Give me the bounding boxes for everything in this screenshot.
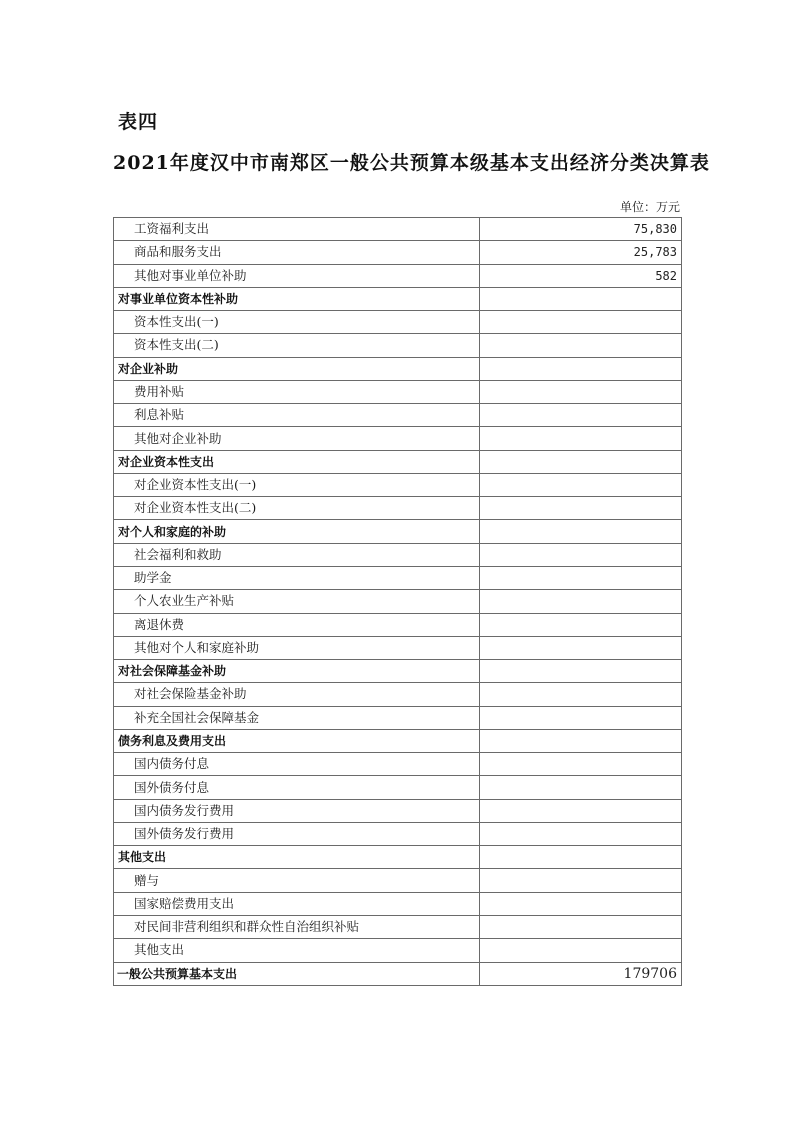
row-label: 对事业单位资本性补助 [114,287,480,310]
row-value [480,450,682,473]
category-row: 对企业资本性支出 [114,450,682,473]
row-value [480,334,682,357]
row-label: 国内债务付息 [114,753,480,776]
table-row: 社会福利和救助 [114,543,682,566]
table-row: 资本性支出(一) [114,311,682,334]
row-label: 其他支出 [114,939,480,962]
row-value [480,380,682,403]
row-value [480,729,682,752]
table-row: 国外债务付息 [114,776,682,799]
row-label: 国内债务发行费用 [114,799,480,822]
row-label: 商品和服务支出 [114,241,480,264]
table-row: 商品和服务支出25,783 [114,241,682,264]
row-label: 对企业补助 [114,357,480,380]
row-value [480,590,682,613]
row-label: 其他对事业单位补助 [114,264,480,287]
category-row: 债务利息及费用支出 [114,729,682,752]
category-row: 其他支出 [114,846,682,869]
row-value [480,915,682,938]
row-value [480,869,682,892]
row-label: 对个人和家庭的补助 [114,520,480,543]
row-value [480,497,682,520]
table-row: 资本性支出(二) [114,334,682,357]
category-row: 对社会保障基金补助 [114,660,682,683]
row-label: 费用补贴 [114,380,480,403]
table-row: 其他对企业补助 [114,427,682,450]
row-value [480,404,682,427]
row-value [480,660,682,683]
document-title: 2021年度汉中市南郑区一般公共预算本级基本支出经济分类决算表 [113,148,680,175]
row-label: 国外债务发行费用 [114,822,480,845]
row-label: 个人农业生产补贴 [114,590,480,613]
table-row: 其他支出 [114,939,682,962]
row-value [480,427,682,450]
row-label: 其他支出 [114,846,480,869]
row-label: 其他对企业补助 [114,427,480,450]
budget-table: 工资福利支出75,830商品和服务支出25,783其他对事业单位补助582对事业… [113,217,682,986]
table-row: 对民间非营利组织和群众性自治组织补贴 [114,915,682,938]
table-row: 其他对事业单位补助582 [114,264,682,287]
table-row: 补充全国社会保障基金 [114,706,682,729]
table-row: 国外债务发行费用 [114,822,682,845]
row-value [480,613,682,636]
row-value: 582 [480,264,682,287]
row-value [480,776,682,799]
row-label: 赠与 [114,869,480,892]
table-label: 表四 [118,107,158,134]
row-label: 助学金 [114,566,480,589]
row-value [480,566,682,589]
unit-label: 单位：万元 [620,198,680,215]
row-value: 179706 [480,962,682,985]
row-label: 资本性支出(二) [114,334,480,357]
row-label: 工资福利支出 [114,218,480,241]
row-label: 对民间非营利组织和群众性自治组织补贴 [114,915,480,938]
row-value [480,753,682,776]
category-row: 对事业单位资本性补助 [114,287,682,310]
category-row: 对企业补助 [114,357,682,380]
category-row: 对个人和家庭的补助 [114,520,682,543]
row-label: 对企业资本性支出(一) [114,473,480,496]
table-body: 工资福利支出75,830商品和服务支出25,783其他对事业单位补助582对事业… [114,218,682,986]
row-value [480,706,682,729]
row-value [480,473,682,496]
row-value [480,287,682,310]
table-row: 对企业资本性支出(二) [114,497,682,520]
table-row: 国内债务付息 [114,753,682,776]
row-value [480,846,682,869]
row-label: 利息补贴 [114,404,480,427]
row-value [480,311,682,334]
row-value: 25,783 [480,241,682,264]
row-value [480,543,682,566]
row-label: 国家赔偿费用支出 [114,892,480,915]
row-label: 资本性支出(一) [114,311,480,334]
row-label: 一般公共预算基本支出 [114,962,480,985]
table-row: 个人农业生产补贴 [114,590,682,613]
table-row: 工资福利支出75,830 [114,218,682,241]
row-label: 债务利息及费用支出 [114,729,480,752]
table-row: 其他对个人和家庭补助 [114,636,682,659]
row-value [480,683,682,706]
row-label: 对企业资本性支出(二) [114,497,480,520]
total-row: 一般公共预算基本支出179706 [114,962,682,985]
row-label: 国外债务付息 [114,776,480,799]
table-row: 国内债务发行费用 [114,799,682,822]
table-row: 助学金 [114,566,682,589]
row-value [480,799,682,822]
table-row: 赠与 [114,869,682,892]
table-row: 利息补贴 [114,404,682,427]
row-label: 补充全国社会保障基金 [114,706,480,729]
table-row: 离退休费 [114,613,682,636]
row-label: 离退休费 [114,613,480,636]
row-value [480,357,682,380]
row-label: 社会福利和救助 [114,543,480,566]
row-value [480,892,682,915]
table-row: 对企业资本性支出(一) [114,473,682,496]
table-row: 费用补贴 [114,380,682,403]
table-row: 对社会保险基金补助 [114,683,682,706]
table-row: 国家赔偿费用支出 [114,892,682,915]
row-value [480,939,682,962]
row-value [480,822,682,845]
row-label: 对社会保险基金补助 [114,683,480,706]
row-label: 其他对个人和家庭补助 [114,636,480,659]
row-value: 75,830 [480,218,682,241]
row-value [480,520,682,543]
row-label: 对社会保障基金补助 [114,660,480,683]
row-value [480,636,682,659]
row-label: 对企业资本性支出 [114,450,480,473]
